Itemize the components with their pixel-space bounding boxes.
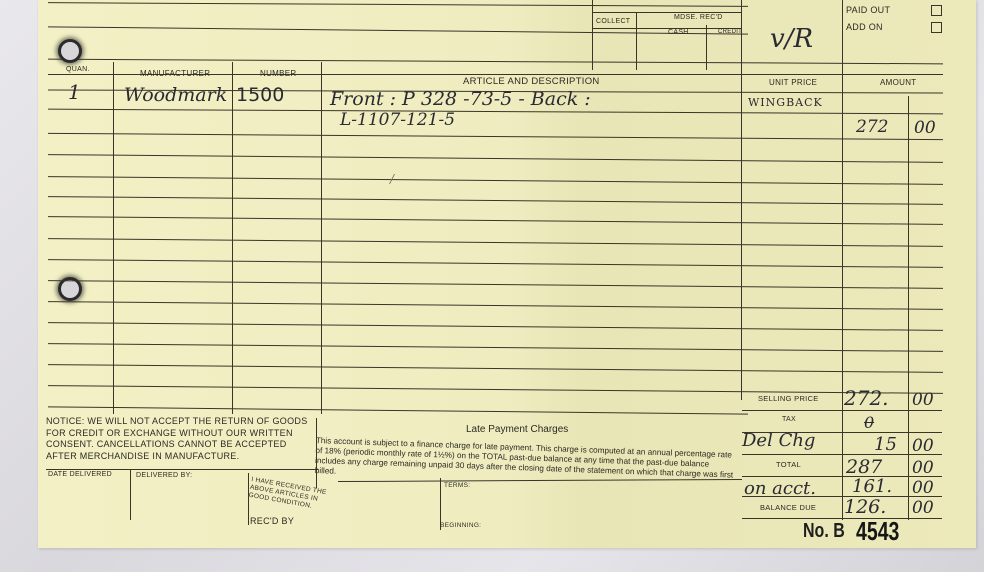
divider: [842, 0, 843, 520]
divider: [592, 0, 593, 70]
balance-due-cents: 00: [912, 498, 934, 518]
col-quan: QUAN.: [66, 66, 90, 73]
paid-out-label: PAID OUT: [846, 5, 890, 15]
item-quan: 1: [68, 80, 81, 104]
col-amount: AMOUNT: [880, 78, 916, 87]
doc-number: 4543: [856, 516, 899, 547]
total-dollars: 287: [846, 456, 882, 478]
divider: [706, 25, 707, 70]
row-line: [48, 406, 748, 414]
divider: [48, 59, 943, 65]
item-description-2: L-1107-121-5: [340, 110, 455, 130]
doc-number-label: No. B: [803, 520, 845, 543]
row-line: [48, 259, 943, 268]
tax-value: 0: [864, 413, 874, 432]
col-number: NUMBER: [260, 69, 296, 78]
col-article: ARTICLE AND DESCRIPTION: [463, 76, 600, 87]
row-line: [48, 322, 943, 331]
on-account-cents: 00: [912, 478, 934, 498]
balance-due-label: BALANCE DUE: [760, 503, 816, 512]
initials: v/R: [770, 24, 813, 54]
punch-hole-icon: [58, 39, 82, 63]
divider: [46, 469, 318, 470]
delivery-charge-label: Del Chg: [742, 430, 815, 451]
cash-label: CASH: [668, 29, 689, 36]
collect-label: COLLECT: [596, 18, 630, 25]
row-line: [742, 518, 942, 519]
item-unit-price: WINGBACK: [748, 96, 823, 109]
stray-mark: /: [390, 172, 394, 186]
mdse-recd-label: MDSE. REC'D: [674, 14, 723, 21]
on-account-label: on acct.: [744, 478, 816, 499]
add-on-checkbox[interactable]: [931, 22, 942, 33]
divider: [592, 12, 742, 13]
selling-price-cents: 00: [912, 390, 934, 410]
beginning-label: BEGINNING:: [440, 522, 481, 529]
row-line: [48, 385, 943, 394]
balance-due-dollars: 126.: [844, 496, 886, 518]
item-description-1: Front : P 328 -73-5 - Back :: [330, 88, 591, 110]
divider: [232, 62, 233, 414]
tax-label: TAX: [782, 416, 796, 423]
item-amount-cents: 00: [914, 118, 936, 138]
late-payment-title: Late Payment Charges: [466, 424, 568, 435]
return-policy-notice: NOTICE: WE WILL NOT ACCEPT THE RETURN OF…: [46, 416, 316, 462]
row-line: [48, 280, 943, 289]
item-manufacturer: Woodmark: [124, 84, 227, 106]
delivered-by-label: DELIVERED BY:: [136, 472, 192, 479]
row-line: [48, 238, 943, 247]
row-line: [48, 196, 943, 205]
total-label: TOTAL: [776, 460, 801, 469]
delivery-charge-cents: 00: [912, 436, 934, 456]
row-line: [742, 410, 942, 411]
item-amount-dollars: 272: [856, 117, 888, 137]
on-account-dollars: 161.: [852, 476, 892, 497]
divider: [321, 62, 322, 414]
divider: [316, 418, 317, 488]
row-line: [48, 301, 943, 310]
date-delivered-label: DATE DELIVERED: [48, 471, 112, 478]
row-line: [48, 176, 943, 185]
col-manufacturer: MANUFACTURER: [140, 69, 210, 78]
divider: [130, 470, 131, 520]
divider: [48, 2, 748, 7]
terms-label: TERMS:: [444, 482, 470, 489]
add-on-label: ADD ON: [846, 22, 883, 32]
selling-price-label: SELLING PRICE: [758, 394, 819, 403]
invoice-form: COLLECT MDSE. REC'D CASH CREDIT v/R PAID…: [38, 0, 976, 548]
item-number: 1500: [236, 84, 284, 106]
row-line: [48, 133, 943, 140]
row-line: [48, 343, 943, 352]
credit-label: CREDIT: [718, 29, 742, 35]
total-cents: 00: [912, 458, 934, 478]
received-statement: I HAVE RECEIVED THE ABOVE ARTICLES IN GO…: [248, 476, 331, 514]
recd-by-label: REC'D BY: [250, 516, 294, 526]
col-unit-price: UNIT PRICE: [769, 78, 817, 87]
late-payment-body: This account is subject to a finance cha…: [315, 436, 736, 491]
divider: [741, 0, 742, 400]
row-line: [48, 216, 943, 225]
delivery-charge-dollars: 15: [874, 434, 897, 455]
divider: [636, 12, 637, 70]
row-line: [48, 154, 943, 163]
paid-out-checkbox[interactable]: [931, 5, 942, 16]
row-line: [48, 364, 943, 373]
selling-price-dollars: 272.: [844, 386, 889, 410]
